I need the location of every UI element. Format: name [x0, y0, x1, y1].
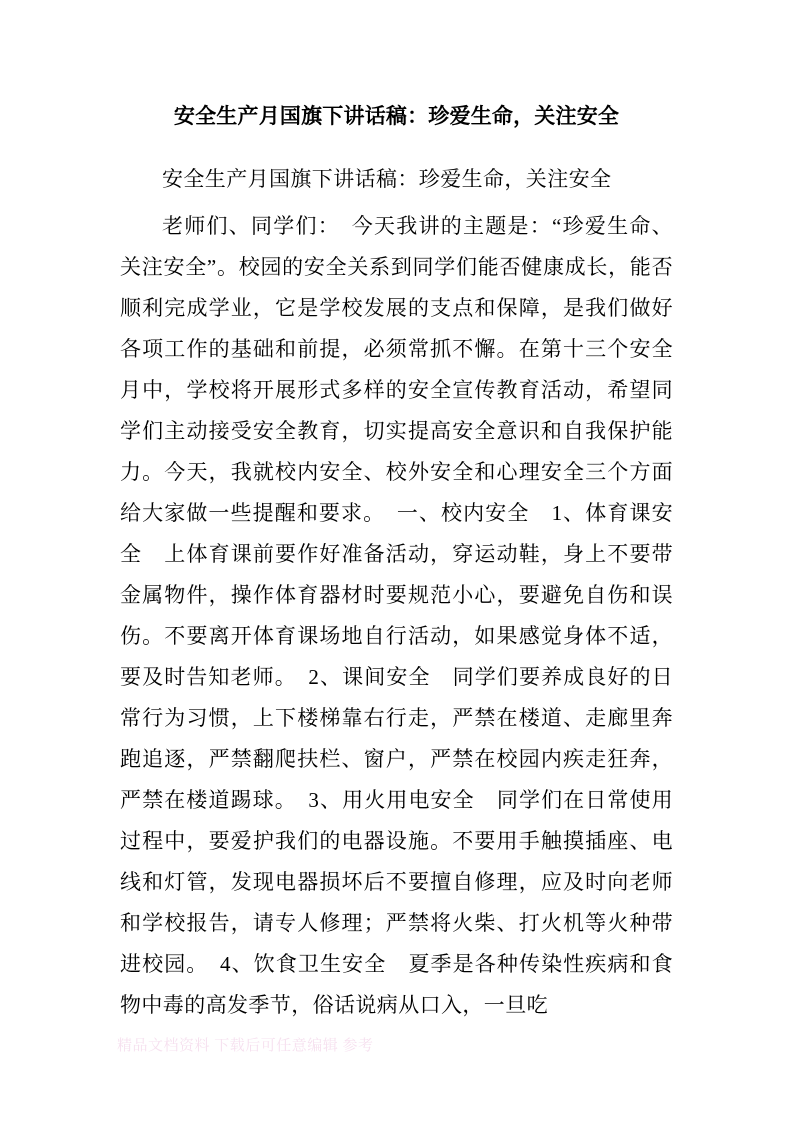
body-paragraph: 老师们、同学们： 今天我讲的主题是：“珍爱生命、关注安全”。校园的安全关系到同学… [120, 206, 673, 1026]
watermark-text: 精品文档资料 下载后可任意编辑 参考 [117, 1034, 374, 1058]
subtitle-paragraph: 安全生产月国旗下讲话稿：珍爱生命，关注安全 [120, 159, 673, 200]
document-content: 安全生产月国旗下讲话稿：珍爱生命，关注安全 安全生产月国旗下讲话稿：珍爱生命，关… [0, 0, 793, 1026]
document-page: 安全生产月国旗下讲话稿：珍爱生命，关注安全 安全生产月国旗下讲话稿：珍爱生命，关… [0, 0, 793, 1122]
document-title: 安全生产月国旗下讲话稿：珍爱生命，关注安全 [120, 96, 673, 137]
